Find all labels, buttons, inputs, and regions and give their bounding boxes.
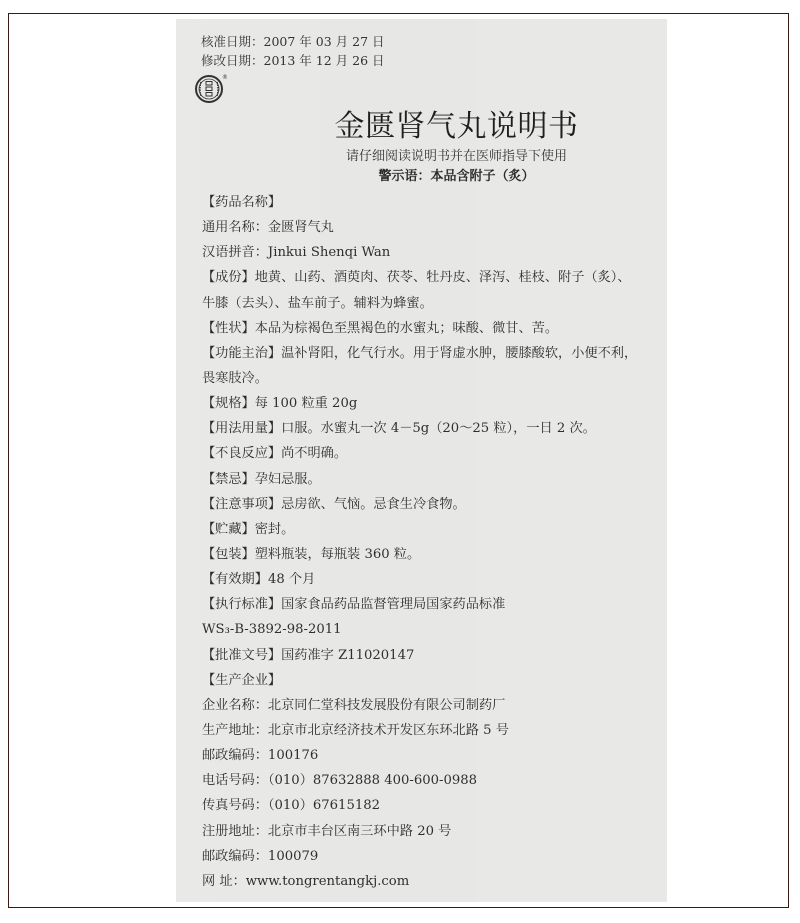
section-label: 【贮藏】 — [202, 522, 255, 537]
section-label: 【包装】 — [202, 547, 255, 562]
section-line: 传真号码：（010）67615182 — [202, 793, 654, 818]
section-line: 【贮藏】密封。 — [202, 517, 654, 542]
section-line: 企业名称：北京同仁堂科技发展股份有限公司制药厂 — [202, 693, 654, 718]
section-line: 【药品名称】 — [202, 190, 654, 215]
registered-mark: ® — [222, 74, 227, 81]
section-text: 国家食品药品监督管理局国家药品标准 — [281, 597, 505, 612]
section-text: 塑料瓶装，每瓶装 360 粒。 — [255, 547, 420, 562]
section-text: 每 100 粒重 20g — [255, 396, 358, 411]
section-line: 网 址：www.tongrentangkj.com — [202, 869, 654, 894]
section-text: 通用名称：金匮肾气丸 — [202, 220, 334, 235]
section-line: 畏寒肢冷。 — [202, 366, 654, 391]
section-line: 【生产企业】 — [202, 668, 654, 693]
section-label: 【有效期】 — [202, 572, 268, 587]
section-text: 忌房欲、气恼。忌食生冷食物。 — [281, 497, 466, 512]
section-line: 【执行标准】国家食品药品监督管理局国家药品标准 — [202, 592, 654, 617]
section-label: 【性状】 — [202, 321, 255, 336]
section-label: 【药品名称】 — [202, 195, 281, 210]
section-text: 口服。水蜜丸一次 4－5g（20～25 粒），一日 2 次。 — [281, 421, 596, 436]
section-text: 尚不明确。 — [281, 446, 347, 461]
tongrentang-seal-icon: ® — [195, 72, 227, 104]
section-line: WS₃-B-3892-98-2011 — [202, 617, 654, 642]
section-label: 【禁忌】 — [202, 472, 255, 487]
section-label: 【成份】 — [202, 270, 255, 285]
section-text: 48 个月 — [268, 572, 315, 587]
section-label: 【批准文号】 — [202, 648, 281, 663]
section-text: 本品为棕褐色至黑褐色的水蜜丸；味酸、微甘、苦。 — [255, 321, 558, 336]
section-text: 国药准字 Z11020147 — [281, 648, 414, 663]
section-label: 【用法用量】 — [202, 421, 281, 436]
section-text: 地黄、山药、酒萸肉、茯苓、牡丹皮、泽泻、桂枝、附子（炙）、 — [255, 270, 631, 285]
section-text: 汉语拼音：Jinkui Shenqi Wan — [202, 245, 390, 260]
section-text: 电话号码：（010）87632888 400-600-0988 — [202, 773, 477, 788]
section-line: 【不良反应】尚不明确。 — [202, 441, 654, 466]
section-text: 生产地址：北京市北京经济技术开发区东环北路 5 号 — [202, 723, 509, 738]
revision-date: 修改日期：2013 年 12 月 26 日 — [201, 51, 385, 70]
section-line: 【用法用量】口服。水蜜丸一次 4－5g（20～25 粒），一日 2 次。 — [202, 416, 654, 441]
section-line: 【功能主治】温补肾阳，化气行水。用于肾虚水肿，腰膝酸软，小便不利， — [202, 341, 654, 366]
section-line: 邮政编码：100079 — [202, 844, 654, 869]
section-text: 邮政编码：100079 — [202, 849, 318, 864]
section-text: 企业名称：北京同仁堂科技发展股份有限公司制药厂 — [202, 698, 505, 713]
section-line: 【注意事项】忌房欲、气恼。忌食生冷食物。 — [202, 492, 654, 517]
section-line: 【规格】每 100 粒重 20g — [202, 391, 654, 416]
section-label: 【不良反应】 — [202, 446, 281, 461]
section-line: 【禁忌】孕妇忌服。 — [202, 467, 654, 492]
section-line: 【成份】地黄、山药、酒萸肉、茯苓、牡丹皮、泽泻、桂枝、附子（炙）、 — [202, 265, 654, 290]
date-block: 核准日期：2007 年 03 月 27 日 修改日期：2013 年 12 月 2… — [201, 32, 385, 70]
section-text: 传真号码：（010）67615182 — [202, 798, 380, 813]
section-line: 生产地址：北京市北京经济技术开发区东环北路 5 号 — [202, 718, 654, 743]
section-line: 【性状】本品为棕褐色至黑褐色的水蜜丸；味酸、微甘、苦。 — [202, 316, 654, 341]
section-label: 【规格】 — [202, 396, 255, 411]
section-text: 孕妇忌服。 — [255, 472, 321, 487]
section-line: 通用名称：金匮肾气丸 — [202, 215, 654, 240]
section-label: 【执行标准】 — [202, 597, 281, 612]
section-line: 牛膝（去头）、盐车前子。辅料为蜂蜜。 — [202, 291, 654, 316]
section-line: 【有效期】48 个月 — [202, 567, 654, 592]
section-text: WS₃-B-3892-98-2011 — [202, 622, 342, 637]
section-label: 【生产企业】 — [202, 673, 281, 688]
section-text: 注册地址：北京市丰台区南三环中路 20 号 — [202, 824, 451, 839]
section-line: 注册地址：北京市丰台区南三环中路 20 号 — [202, 819, 654, 844]
section-line: 电话号码：（010）87632888 400-600-0988 — [202, 768, 654, 793]
section-line: 【批准文号】国药准字 Z11020147 — [202, 643, 654, 668]
section-text: 密封。 — [255, 522, 295, 537]
section-label: 【注意事项】 — [202, 497, 281, 512]
section-line: 汉语拼音：Jinkui Shenqi Wan — [202, 240, 654, 265]
warning-statement: 警示语：本品含附子（炙） — [176, 168, 667, 186]
section-text: 畏寒肢冷。 — [202, 371, 268, 386]
approval-date: 核准日期：2007 年 03 月 27 日 — [201, 32, 385, 51]
leaflet-body: 【药品名称】 通用名称：金匮肾气丸 汉语拼音：Jinkui Shenqi Wan… — [202, 190, 654, 894]
section-text: 邮政编码：100176 — [202, 748, 318, 763]
section-text: 温补肾阳，化气行水。用于肾虚水肿，腰膝酸软，小便不利， — [281, 346, 637, 361]
section-text: 网 址：www.tongrentangkj.com — [202, 874, 409, 889]
section-line: 邮政编码：100176 — [202, 743, 654, 768]
section-line: 【包装】塑料瓶装，每瓶装 360 粒。 — [202, 542, 654, 567]
document-title: 金匮肾气丸说明书 — [176, 109, 667, 145]
document-subtitle: 请仔细阅读说明书并在医师指导下使用 — [176, 148, 667, 166]
section-text: 牛膝（去头）、盐车前子。辅料为蜂蜜。 — [202, 296, 433, 311]
section-label: 【功能主治】 — [202, 346, 281, 361]
